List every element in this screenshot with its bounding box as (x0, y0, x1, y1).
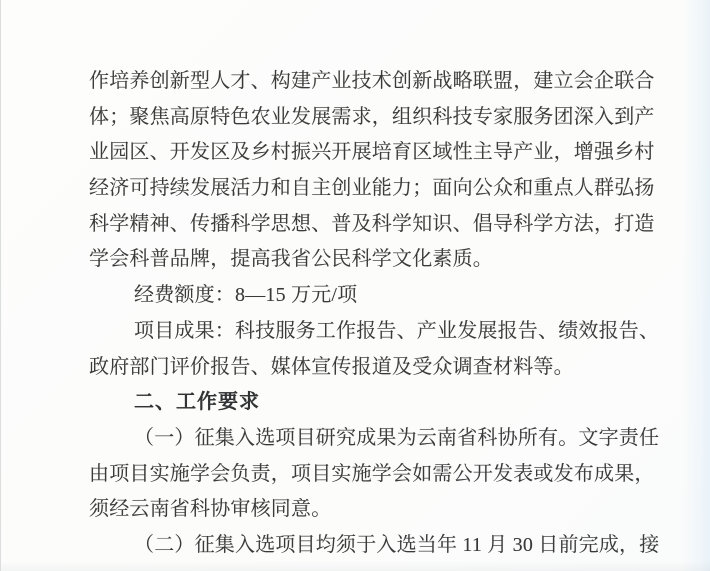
text-line: 政府部门评价报告、媒体宣传报道及受众调查材料等。 (89, 350, 649, 386)
clause-two-line: （二）征集入选项目均须于入选当年 11 月 30 日前完成，接 (89, 528, 649, 564)
funding-amount-line: 经费额度：8—15 万元/项 (89, 278, 649, 314)
text-line: 作培养创新型人才、构建产业技术创新战略联盟，建立会企联合 (89, 64, 649, 100)
project-results-line: 项目成果：科技服务工作报告、产业发展报告、绩效报告、 (89, 314, 649, 350)
text-line: 学会科普品牌，提高我省公民科学文化素质。 (89, 242, 649, 278)
text-line: 须经云南省科协审核同意。 (89, 492, 649, 528)
section-heading: 二、工作要求 (89, 385, 649, 421)
scan-edge-tint (682, 0, 710, 571)
text-line: 业园区、开发区及乡村振兴开展培育区域性主导产业，增强乡村 (89, 135, 649, 171)
document-page: 作培养创新型人才、构建产业技术创新战略联盟，建立会企联合 体；聚焦高原特色农业发… (0, 0, 710, 571)
text-line: 体；聚焦高原特色农业发展需求，组织科技专家服务团深入到产 (89, 100, 649, 136)
text-line: 由项目实施学会负责，项目实施学会如需公开发表或发布成果， (89, 457, 649, 493)
clause-one-line: （一）征集入选项目研究成果为云南省科协所有。文字责任 (89, 421, 649, 457)
text-line: 科学精神、传播科学思想、普及科学知识、倡导科学方法，打造 (89, 207, 649, 243)
document-body: 作培养创新型人才、构建产业技术创新战略联盟，建立会企联合 体；聚焦高原特色农业发… (89, 64, 649, 564)
text-line: 经济可持续发展活力和自主创业能力；面向公众和重点人群弘扬 (89, 171, 649, 207)
